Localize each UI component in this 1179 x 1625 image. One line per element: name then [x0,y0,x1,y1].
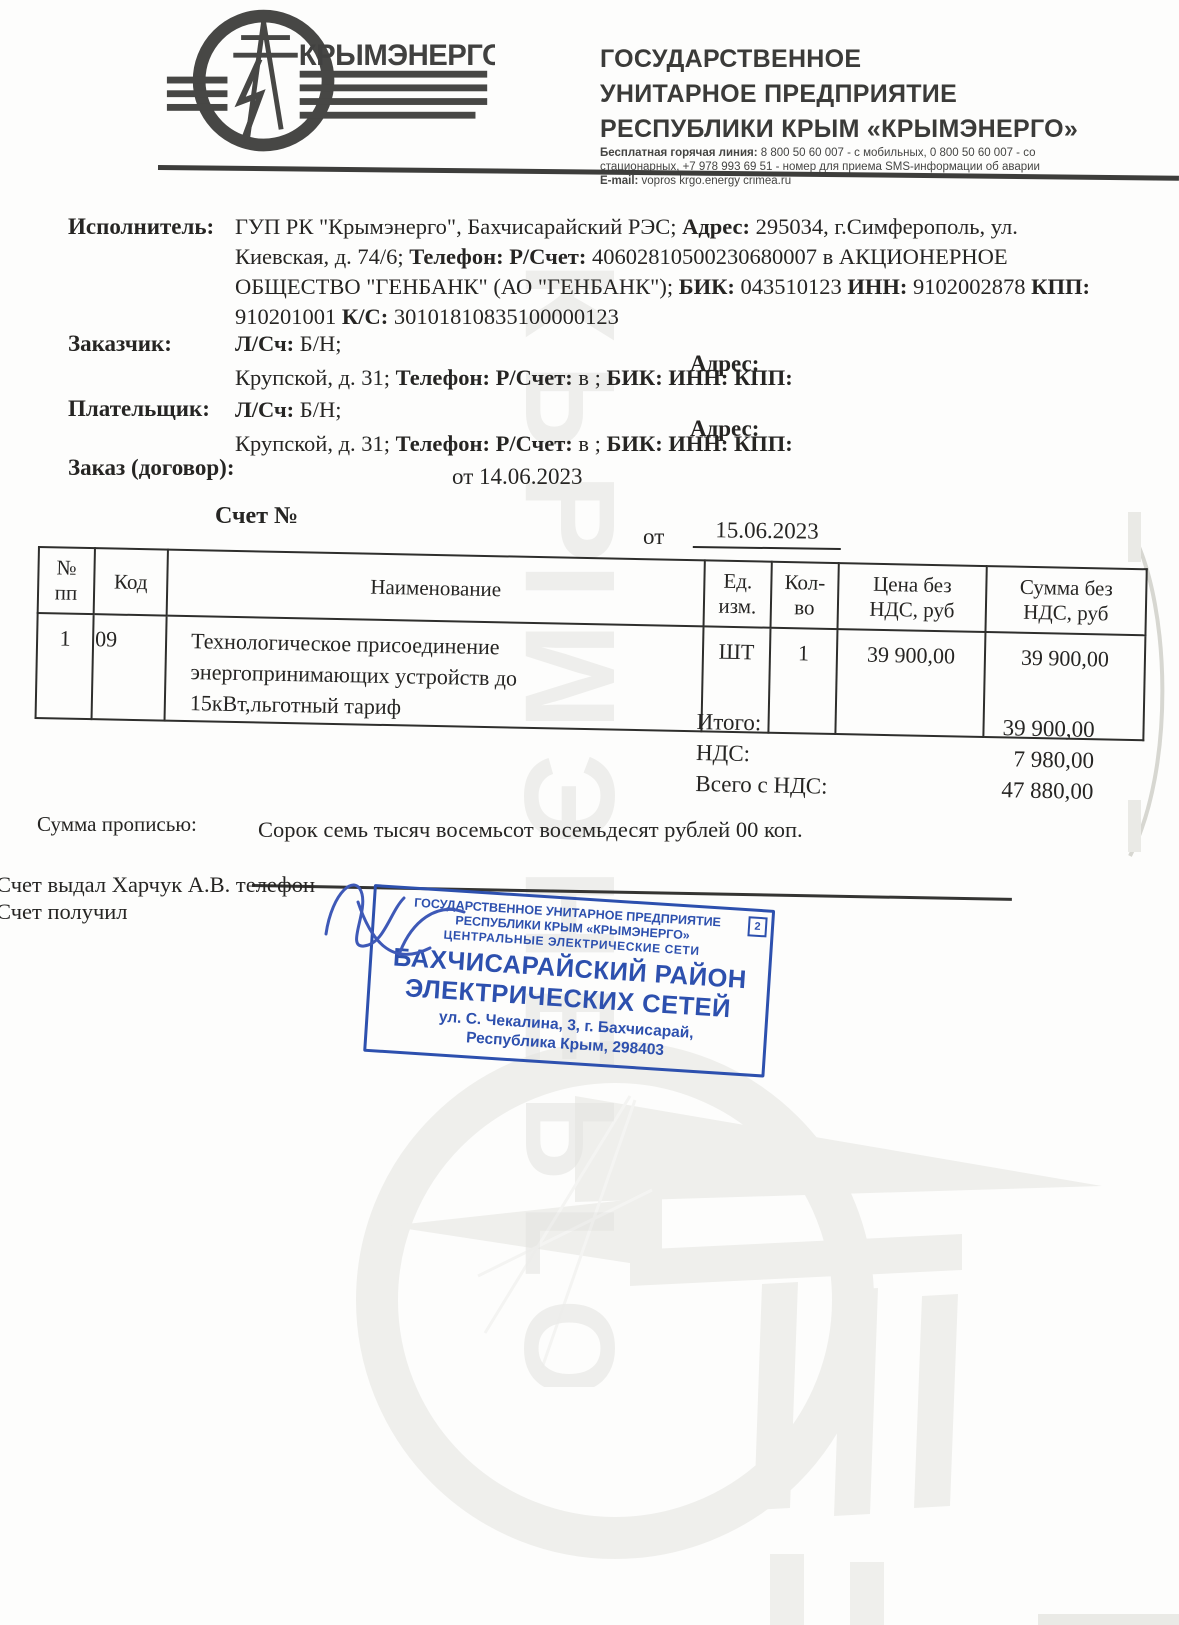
logo-wordmark-text: КРЫМЭНЕРГО [299,39,495,72]
invoice-issued-by-line: Счет выдал Харчук А.В. телефон [0,872,315,898]
org-line-3: РЕСПУБЛИКИ КРЫМ «КРЫМЭНЕРГО» [600,112,1170,147]
organization-name-block: ГОСУДАРСТВЕННОЕ УНИТАРНОЕ ПРЕДПРИЯТИЕ РЕ… [600,42,1170,147]
cell-code: 09 [92,614,167,720]
cell-name: Технологическое присоединение энергоприн… [165,616,704,732]
vat-value: 7 980,00 [1013,743,1094,776]
order-contract-label: Заказ (договор): [68,455,235,481]
grand-total-value: 47 880,00 [1001,774,1094,807]
handwritten-signature [312,856,487,981]
header-price: Цена без НДС, руб [837,563,986,632]
hotline-label: Бесплатная горячая линия: [600,147,758,159]
bottom-bleed-logo-watermark [330,1038,1160,1625]
customer-label: Заказчик: [68,331,172,357]
scanned-invoice-page: КРЫМЭНЕРГО [0,0,1179,1625]
invoice-title: Счет № [215,503,298,530]
email-label: E-mail: [600,175,638,187]
hotline-block: Бесплатная горячая линия: 8 800 50 60 00… [600,146,1050,188]
customer-account-line: Л/Сч: Б/Н; [235,329,341,359]
amount-in-words-label: Сумма прописью: [37,812,197,837]
executor-label: Исполнитель: [68,214,214,240]
totals-block: Итого: 39 900,00 НДС: 7 980,00 Всего с Н… [695,706,1095,807]
header-sum: Сумма без НДС, руб [985,566,1146,635]
executor-details: ГУП РК "Крымэнерго", Бахчисарайский РЭС;… [235,212,1093,332]
payer-account-line: Л/Сч: Б/Н; [235,395,341,425]
scan-streak-artifact [1038,1614,1179,1625]
amount-in-words-value: Сорок семь тысяч восемьсот восемьдесят р… [258,817,803,843]
total-row-grand: Всего с НДС: 47 880,00 [695,768,1094,807]
invoice-date: 15.06.2023 [693,517,841,550]
header-qty: Кол- во [771,562,839,629]
cell-num: 1 [36,613,94,719]
order-contract-date: от 14.06.2023 [452,464,583,490]
email-text: vopros krgo.energy crimea.ru [638,175,791,187]
grand-total-label: Всего с НДС: [695,768,828,802]
payer-requisites-line: Крупской, д. 31; Телефон: Р/Счет: в ; БИ… [235,429,793,459]
header-code: Код [94,548,168,615]
org-line-1: ГОСУДАРСТВЕННОЕ [600,42,1170,77]
invoice-date-from-label: от [643,524,664,550]
vat-label: НДС: [696,737,751,769]
scan-streak-artifact [1128,512,1141,562]
krymenergo-logo: КРЫМЭНЕРГО [163,6,495,158]
payer-label: Плательщик: [68,396,210,422]
stamp-number-badge: 2 [747,916,767,937]
header-name: Наименование [167,550,705,627]
header-num: № пп [38,547,95,614]
subtotal-label: Итого: [696,706,761,738]
header-unit: Ед. изм. [704,560,772,627]
scan-streak-artifact [1128,800,1141,852]
org-line-2: УНИТАРНОЕ ПРЕДПРИЯТИЕ [600,77,1170,112]
subtotal-value: 39 900,00 [1002,712,1095,745]
invoice-received-by-line: Счет получил [0,899,128,925]
customer-requisites-line: Крупской, д. 31; Телефон: Р/Счет: в ; БИ… [235,363,793,393]
